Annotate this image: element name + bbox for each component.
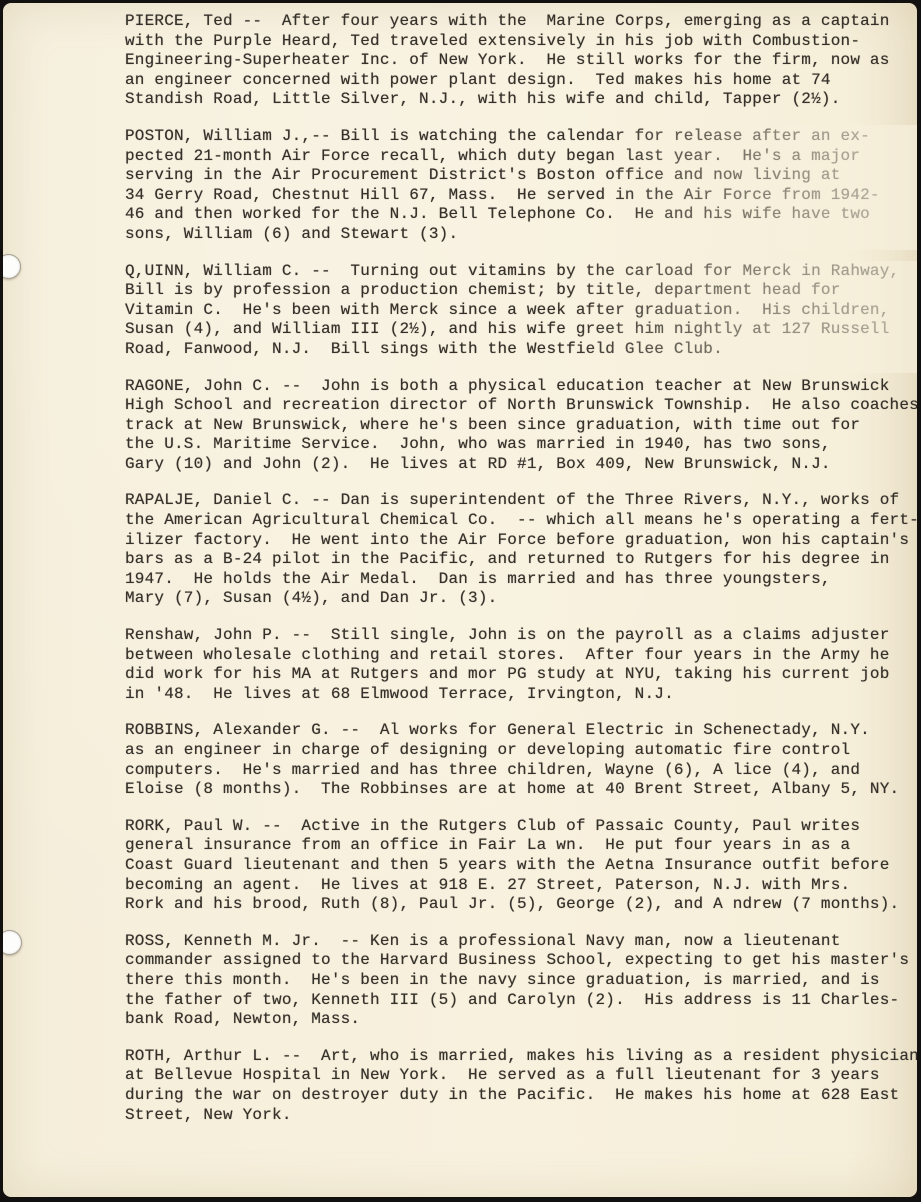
entry-ragone: RAGONE, John C. -- John is both a physic… [125, 377, 917, 475]
entry-pierce: PIERCE, Ted -- After four years with the… [125, 12, 917, 110]
page-content: PIERCE, Ted -- After four years with the… [125, 12, 917, 1142]
entry-ross: ROSS, Kenneth M. Jr. -- Ken is a profess… [125, 932, 917, 1030]
scan-background: PIERCE, Ted -- After four years with the… [0, 0, 921, 1202]
entry-rork: RORK, Paul W. -- Active in the Rutgers C… [125, 817, 917, 915]
hole-punch-top [3, 254, 21, 279]
entry-robbins: ROBBINS, Alexander G. -- Al works for Ge… [125, 721, 917, 799]
entry-quinn: Q,UINN, William C. -- Turning out vitami… [125, 262, 917, 360]
entry-poston: POSTON, William J.,-- Bill is watching t… [125, 127, 917, 245]
entry-rapalje: RAPALJE, Daniel C. -- Dan is superintend… [125, 491, 917, 609]
entry-renshaw: Renshaw, John P. -- Still single, John i… [125, 626, 917, 704]
document-page: PIERCE, Ted -- After four years with the… [3, 3, 917, 1197]
entry-roth: ROTH, Arthur L. -- Art, who is married, … [125, 1047, 917, 1125]
hole-punch-bottom [3, 930, 22, 955]
